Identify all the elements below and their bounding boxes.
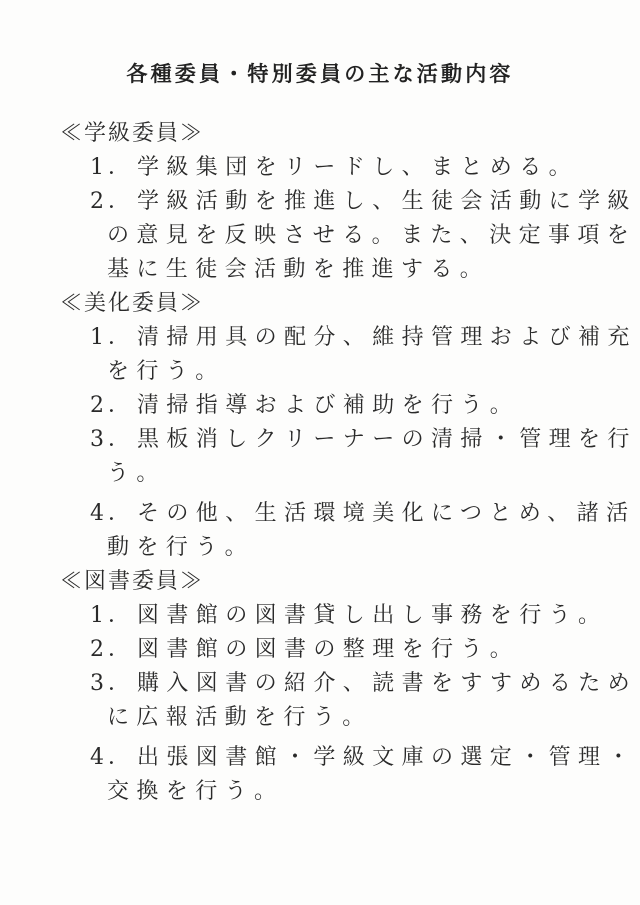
item-text: 学級活動を推進し、生徒会活動に学級 [137,185,600,219]
list-item: 1． 清掃用具の配分、維持管理および補充 を行う。 [60,321,600,389]
item-number: 3． [90,423,134,457]
section-header: ≪美化委員≫ [60,287,600,321]
list-item: 2． 学級活動を推進し、生徒会活動に学級 の意見を反映させる。また、決定事項を … [60,185,600,287]
item-text: 基に生徒会活動を推進する。 [107,253,600,287]
item-text: 清掃指導および補助を行う。 [137,389,600,423]
list-item: 2． 清掃指導および補助を行う。 [60,389,600,423]
list-item: 1． 学級集団をリードし、まとめる。 [60,151,600,185]
item-number: 1． [90,599,134,633]
item-number: 4． [90,741,134,775]
list-item: 3． 購入図書の紹介、読書をすすめるため に広報活動を行う。 [60,667,600,735]
item-text: を行う。 [107,355,600,389]
item-text: 黒板消しクリーナーの清掃・管理を行 [137,423,600,457]
section-header: ≪図書委員≫ [60,565,600,599]
list-item: 4． その他、生活環境美化につとめ、諸活 動を行う。 [60,497,600,565]
item-text: その他、生活環境美化につとめ、諸活 [137,497,600,531]
item-number: 3． [90,667,134,701]
item-text: 学級集団をリードし、まとめる。 [137,151,600,185]
item-number: 1． [90,321,134,355]
item-number: 1． [90,151,134,185]
item-text: 動を行う。 [107,531,600,565]
item-text: に広報活動を行う。 [107,701,600,735]
section-beautification-committee: ≪美化委員≫ 1． 清掃用具の配分、維持管理および補充 を行う。 2． 清掃指導… [60,287,600,565]
list-item: 3． 黒板消しクリーナーの清掃・管理を行 う。 [60,423,600,491]
item-number: 2． [90,185,134,219]
item-text: 購入図書の紹介、読書をすすめるため [137,667,600,701]
list-item: 1． 図書館の図書貸し出し事務を行う。 [60,599,600,633]
section-class-committee: ≪学級委員≫ 1． 学級集団をリードし、まとめる。 2． 学級活動を推進し、生徒… [60,117,600,287]
document-body: ≪学級委員≫ 1． 学級集団をリードし、まとめる。 2． 学級活動を推進し、生徒… [60,117,600,809]
list-item: 2． 図書館の図書の整理を行う。 [60,633,600,667]
item-text: 清掃用具の配分、維持管理および補充 [137,321,600,355]
item-number: 4． [90,497,134,531]
item-text: 交換を行う。 [107,775,600,809]
document-title: 各種委員・特別委員の主な活動内容 [0,58,640,88]
item-number: 2． [90,389,134,423]
section-header: ≪学級委員≫ [60,117,600,151]
item-text: の意見を反映させる。また、決定事項を [107,219,600,253]
item-number: 2． [90,633,134,667]
list-item: 4． 出張図書館・学級文庫の選定・管理・ 交換を行う。 [60,741,600,809]
section-library-committee: ≪図書委員≫ 1． 図書館の図書貸し出し事務を行う。 2． 図書館の図書の整理を… [60,565,600,809]
document-page: 各種委員・特別委員の主な活動内容 ≪学級委員≫ 1． 学級集団をリードし、まとめ… [0,0,640,905]
item-text: 出張図書館・学級文庫の選定・管理・ [137,741,600,775]
item-text: 図書館の図書の整理を行う。 [137,633,600,667]
item-text: 図書館の図書貸し出し事務を行う。 [137,599,600,633]
item-text: う。 [107,457,600,491]
